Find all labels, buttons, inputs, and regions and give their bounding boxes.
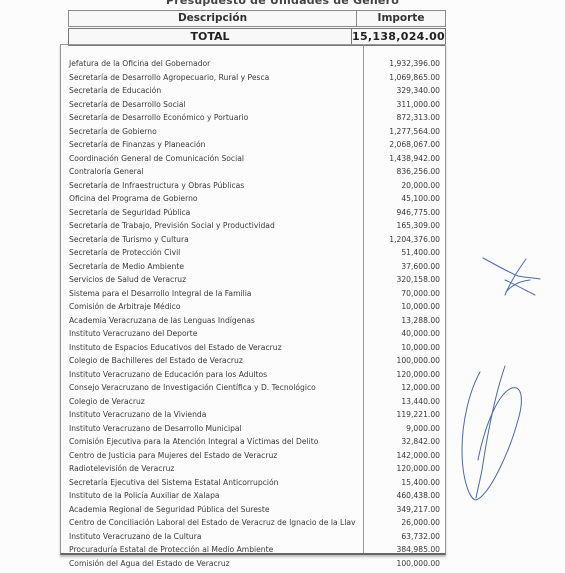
row-description: Centro de Justicia para Mujeres del Esta…	[68, 449, 356, 463]
table-row: Comisión del Agua del Estado de Veracruz…	[68, 557, 444, 571]
row-description: Servicios de Salud de Veracruz	[68, 273, 356, 287]
row-amount: 120,000.00	[356, 368, 444, 382]
table-row: Jefatura de la Oficina del Gobernador1,9…	[68, 57, 444, 71]
table-row: Instituto Veracruzano de Desarrollo Muni…	[68, 422, 444, 436]
row-description: Sistema para el Desarrollo Integral de l…	[68, 287, 356, 301]
row-amount: 119,221.00	[356, 408, 444, 422]
row-amount: 320,158.00	[356, 273, 444, 287]
table-row: Contraloría General836,256.00	[68, 165, 444, 179]
row-description: Secretaría de Trabajo, Previsión Social …	[68, 219, 356, 233]
row-description: Instituto Veracruzano del Deporte	[68, 327, 356, 341]
row-amount: 40,000.00	[356, 327, 444, 341]
row-amount: 120,000.00	[356, 462, 444, 476]
row-description: Secretaría de Desarrollo Económico y Por…	[68, 111, 356, 125]
table-row: Secretaría de Protección Civil51,400.00	[68, 246, 444, 260]
row-amount: 26,000.00	[356, 516, 444, 530]
row-amount: 37,600.00	[356, 260, 444, 274]
row-amount: 15,400.00	[356, 476, 444, 490]
row-description: Colegio de Bachilleres del Estado de Ver…	[68, 354, 356, 368]
row-description: Secretaría de Seguridad Pública	[68, 206, 356, 220]
table-row: Radiotelevisión de Veracruz120,000.00	[68, 462, 444, 476]
table-row: Academia Veracruzana de las Lenguas Indí…	[68, 314, 444, 328]
table-row: Secretaría de Infraestructura y Obras Pú…	[68, 179, 444, 193]
row-amount: 10,000.00	[356, 300, 444, 314]
row-amount: 142,000.00	[356, 449, 444, 463]
row-amount: 20,000.00	[356, 179, 444, 193]
row-description: Secretaría Ejecutiva del Sistema Estatal…	[68, 476, 356, 490]
row-description: Centro de Conciliación Laboral del Estad…	[68, 516, 356, 530]
row-amount: 165,309.00	[356, 219, 444, 233]
row-amount: 13,440.00	[356, 395, 444, 409]
row-description: Comisión Ejecutiva para la Atención Inte…	[68, 435, 356, 449]
table-row: Comisión Ejecutiva para la Atención Inte…	[68, 435, 444, 449]
table-row: Comisión de Arbitraje Médico10,000.00	[68, 300, 444, 314]
row-amount: 70,000.00	[356, 287, 444, 301]
row-description: Instituto de Espacios Educativos del Est…	[68, 341, 356, 355]
table-row: Consejo Veracruzano de Investigación Cie…	[68, 381, 444, 395]
table-row: Secretaría de Turismo y Cultura1,204,376…	[68, 233, 444, 247]
table-row: Secretaría de Desarrollo Social311,000.0…	[68, 98, 444, 112]
table-row: Secretaría de Medio Ambiente37,600.00	[68, 260, 444, 274]
row-description: Instituto de la Policía Auxiliar de Xala…	[68, 489, 356, 503]
row-description: Oficina del Programa de Gobierno	[68, 192, 356, 206]
row-amount: 100,000.00	[356, 354, 444, 368]
row-description: Comisión del Agua del Estado de Veracruz	[68, 557, 356, 571]
row-amount: 329,340.00	[356, 84, 444, 98]
row-amount: 51,400.00	[356, 246, 444, 260]
row-amount: 1,932,396.00	[356, 57, 444, 71]
row-amount: 100,000.00	[356, 557, 444, 571]
signature-loop-icon	[476, 366, 505, 498]
table-rows: Jefatura de la Oficina del Gobernador1,9…	[68, 57, 444, 570]
row-amount: 1,277,564.00	[356, 125, 444, 139]
table-row: Secretaría de Trabajo, Previsión Social …	[68, 219, 444, 233]
table-row: Instituto Veracruzano de Educación para …	[68, 368, 444, 382]
table-row: Secretaría de Desarrollo Económico y Por…	[68, 111, 444, 125]
row-description: Academia Regional de Seguridad Pública d…	[68, 503, 356, 517]
table-row: Servicios de Salud de Veracruz320,158.00	[68, 273, 444, 287]
row-description: Secretaría de Infraestructura y Obras Pú…	[68, 179, 356, 193]
row-description: Coordinación General de Comunicación Soc…	[68, 152, 356, 166]
table-row: Secretaría de Gobierno1,277,564.00	[68, 125, 444, 139]
table-row: Instituto de la Policía Auxiliar de Xala…	[68, 489, 444, 503]
row-amount: 1,069,865.00	[356, 71, 444, 85]
row-description: Procuraduría Estatal de Protección al Me…	[68, 543, 356, 557]
row-description: Contraloría General	[68, 165, 356, 179]
row-amount: 45,100.00	[356, 192, 444, 206]
row-amount: 1,438,942.00	[356, 152, 444, 166]
row-description: Secretaría de Educación	[68, 84, 356, 98]
row-amount: 13,288.00	[356, 314, 444, 328]
row-description: Instituto Veracruzano de Educación para …	[68, 368, 356, 382]
row-amount: 1,204,376.00	[356, 233, 444, 247]
row-description: Instituto Veracruzano de la Cultura	[68, 530, 356, 544]
table-row: Secretaría de Educación329,340.00	[68, 84, 444, 98]
row-description: Jefatura de la Oficina del Gobernador	[68, 57, 356, 71]
table-row: Instituto Veracruzano de la Cultura63,73…	[68, 530, 444, 544]
row-amount: 10,000.00	[356, 341, 444, 355]
row-description: Secretaría de Protección Civil	[68, 246, 356, 260]
row-amount: 460,438.00	[356, 489, 444, 503]
row-description: Radiotelevisión de Veracruz	[68, 462, 356, 476]
row-amount: 63,732.00	[356, 530, 444, 544]
table-row: Secretaría de Desarrollo Agropecuario, R…	[68, 71, 444, 85]
row-description: Secretaría de Desarrollo Agropecuario, R…	[68, 71, 356, 85]
row-amount: 32,842.00	[356, 435, 444, 449]
row-description: Secretaría de Turismo y Cultura	[68, 233, 356, 247]
row-description: Consejo Veracruzano de Investigación Cie…	[68, 381, 356, 395]
row-description: Secretaría de Gobierno	[68, 125, 356, 139]
table-row: Sistema para el Desarrollo Integral de l…	[68, 287, 444, 301]
table-row: Centro de Conciliación Laboral del Estad…	[68, 516, 444, 530]
row-amount: 9,000.00	[356, 422, 444, 436]
table-row: Procuraduría Estatal de Protección al Me…	[68, 543, 444, 557]
signature-x-icon	[483, 258, 540, 279]
table-row: Instituto Veracruzano de la Vivienda119,…	[68, 408, 444, 422]
row-description: Secretaría de Desarrollo Social	[68, 98, 356, 112]
table-row: Academia Regional de Seguridad Pública d…	[68, 503, 444, 517]
row-description: Secretaría de Medio Ambiente	[68, 260, 356, 274]
row-amount: 349,217.00	[356, 503, 444, 517]
table-row: Secretaría de Seguridad Pública946,775.0…	[68, 206, 444, 220]
row-amount: 836,256.00	[356, 165, 444, 179]
row-amount: 2,068,067.00	[356, 138, 444, 152]
row-description: Academia Veracruzana de las Lenguas Indí…	[68, 314, 356, 328]
table-row: Coordinación General de Comunicación Soc…	[68, 152, 444, 166]
table-row: Oficina del Programa de Gobierno45,100.0…	[68, 192, 444, 206]
table-row: Instituto de Espacios Educativos del Est…	[68, 341, 444, 355]
row-description: Colegio de Veracruz	[68, 395, 356, 409]
table-row: Instituto Veracruzano del Deporte40,000.…	[68, 327, 444, 341]
table-header: Descripción Importe	[68, 10, 446, 27]
header-description: Descripción	[69, 11, 357, 26]
document-title: Presupuesto de Unidades de Género	[0, 0, 565, 7]
total-label: TOTAL	[69, 29, 352, 45]
table-row: Centro de Justicia para Mujeres del Esta…	[68, 449, 444, 463]
table-row: Colegio de Bachilleres del Estado de Ver…	[68, 354, 444, 368]
row-amount: 946,775.00	[356, 206, 444, 220]
row-description: Secretaría de Finanzas y Planeación	[68, 138, 356, 152]
header-amount: Importe	[357, 11, 445, 26]
row-description: Instituto Veracruzano de la Vivienda	[68, 408, 356, 422]
table-row: Secretaría Ejecutiva del Sistema Estatal…	[68, 476, 444, 490]
row-amount: 311,000.00	[356, 98, 444, 112]
row-amount: 12,000.00	[356, 381, 444, 395]
row-amount: 384,985.00	[356, 543, 444, 557]
row-amount: 872,313.00	[356, 111, 444, 125]
row-description: Instituto Veracruzano de Desarrollo Muni…	[68, 422, 356, 436]
total-amount: 15,138,024.00	[352, 29, 445, 45]
row-description: Comisión de Arbitraje Médico	[68, 300, 356, 314]
table-row: Secretaría de Finanzas y Planeación2,068…	[68, 138, 444, 152]
table-row: Colegio de Veracruz13,440.00	[68, 395, 444, 409]
